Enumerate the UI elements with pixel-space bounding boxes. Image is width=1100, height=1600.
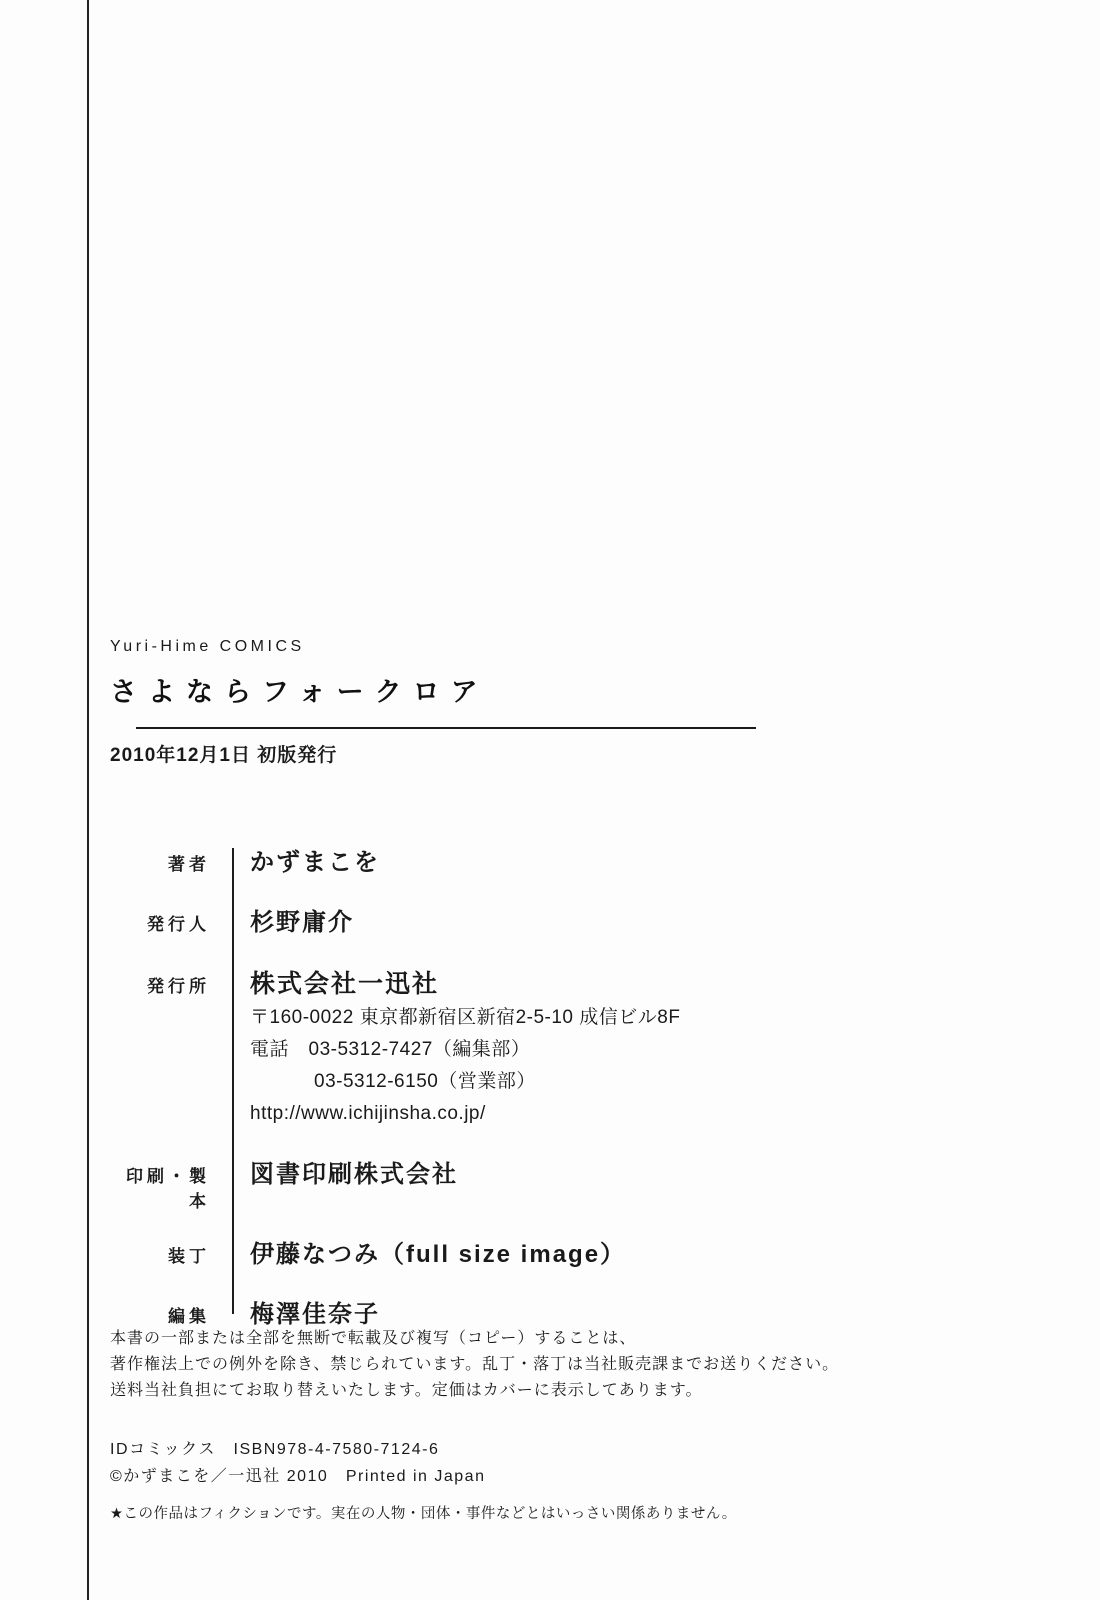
edition-date: 2010年12月1日 初版発行 <box>110 740 810 767</box>
series-label: Yuri-Hime COMICS <box>110 638 810 656</box>
publisher-tel-editorial: 電話 03-5312-7427（編集部） <box>250 1034 680 1066</box>
isbn-line: IDコミックス ISBN978-4-7580-7124-6 <box>110 1436 870 1463</box>
copyright-credit-line: ©かずまこを／一迅社 2010 Printed in Japan <box>110 1463 870 1490</box>
designer-name: 伊藤なつみ（full size image） <box>250 1238 626 1272</box>
page-gutter-line <box>87 0 89 1600</box>
header: Yuri-Hime COMICS さよならフォークロア 2010年12月1日 初… <box>110 638 810 767</box>
row-design: 装丁 伊藤なつみ（full size image） <box>110 1238 850 1272</box>
copyright-notice: 本書の一部または全部を無断で転載及び複写（コピー）することは、 著作権法上での例… <box>110 1326 870 1404</box>
editor-label: 編集 <box>110 1302 210 1327</box>
publisher-person-name: 杉野庸介 <box>250 906 354 940</box>
printer-label: 印刷・製本 <box>110 1162 210 1212</box>
publisher-address: 〒160-0022 東京都新宿区新宿2-5-10 成信ビル8F <box>250 1002 680 1034</box>
author-label: 著者 <box>110 850 210 875</box>
row-publisher-person: 発行人 杉野庸介 <box>110 906 850 940</box>
copyright-notice-line-3: 送料当社負担にてお取り替えいたします。定価はカバーに表示してあります。 <box>110 1378 870 1404</box>
copyright-notice-line-1: 本書の一部または全部を無断で転載及び複写（コピー）することは、 <box>110 1326 870 1352</box>
fiction-disclaimer: ★この作品はフィクションです。実在の人物・団体・事件などとはいっさい関係ありませ… <box>110 1502 870 1523</box>
row-publisher: 発行所 株式会社一迅社 〒160-0022 東京都新宿区新宿2-5-10 成信ビ… <box>110 966 850 1130</box>
printer-name: 図書印刷株式会社 <box>250 1158 458 1192</box>
row-printer: 印刷・製本 図書印刷株式会社 <box>110 1158 850 1212</box>
row-author: 著者 かずまこを <box>110 846 850 880</box>
publisher-person-label: 発行人 <box>110 910 210 935</box>
book-title: さよならフォークロア <box>110 670 810 709</box>
title-underline <box>136 727 756 729</box>
author-name: かずまこを <box>250 846 380 880</box>
colophon-page: Yuri-Hime COMICS さよならフォークロア 2010年12月1日 初… <box>0 0 1100 1600</box>
design-label: 装丁 <box>110 1242 210 1267</box>
table-divider-line <box>232 848 234 1314</box>
colophon-table: 著者 かずまこを 発行人 杉野庸介 発行所 株式会社一迅社 〒160-0022 … <box>110 846 850 1332</box>
publisher-tel-sales: 03-5312-6150（営業部） <box>250 1066 680 1098</box>
copyright-notice-line-2: 著作権法上での例外を除き、禁じられています。乱丁・落丁は当社販売課までお送りくだ… <box>110 1352 870 1378</box>
isbn-block: IDコミックス ISBN978-4-7580-7124-6 ©かずまこを／一迅社… <box>110 1436 870 1490</box>
publisher-url: http://www.ichijinsha.co.jp/ <box>250 1098 680 1130</box>
publisher-label: 発行所 <box>110 972 210 997</box>
publisher-name: 株式会社一迅社 <box>250 966 680 1002</box>
